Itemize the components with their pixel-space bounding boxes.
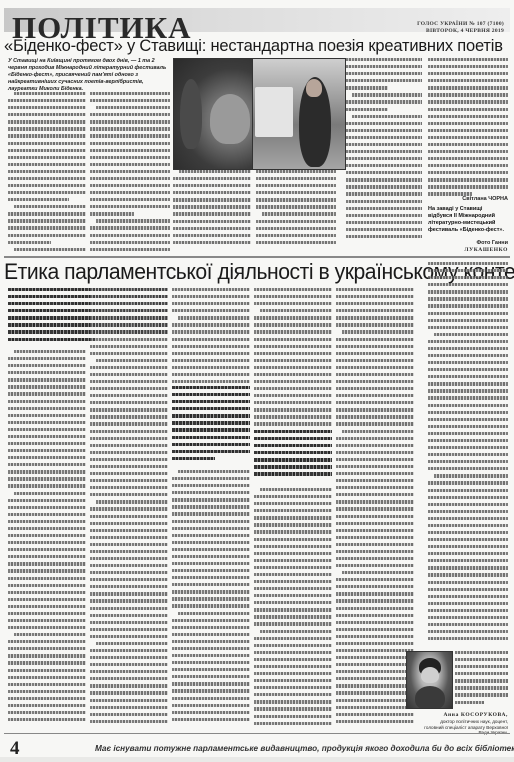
masthead: ПОЛІТИКА ГОЛОС УКРАЇНИ № 107 (7100) ВІВТ… xyxy=(4,8,510,32)
photo-poetry-reading xyxy=(173,58,257,170)
article2-author-name: Анна КОСОРУКОВА, xyxy=(420,712,508,719)
article1-author2: Світлана ЧОРНА xyxy=(428,196,508,203)
article2-column-6 xyxy=(428,262,508,648)
article2-column-4-cont xyxy=(254,488,332,730)
article2-column-4-bold xyxy=(254,430,332,485)
article1-column-3 xyxy=(173,170,251,252)
photo-credit: Фото Ганни ЛУКАШЕНКО xyxy=(428,240,508,254)
article2-column-5 xyxy=(336,288,414,730)
article2-column-3-cont xyxy=(172,470,250,730)
page-bottom-margin xyxy=(0,757,514,762)
footer-slogan: Має існувати потужне парламентське видав… xyxy=(95,744,514,753)
article2-column-3-bold xyxy=(172,386,250,466)
photo2-caption: На заваді у Ставищі відбувся II Міжнарод… xyxy=(428,206,508,234)
article2-author: Анна КОСОРУКОВА, доктор політичних наук,… xyxy=(420,712,508,736)
article1-column-5 xyxy=(346,58,422,254)
article2-column-2 xyxy=(90,288,168,730)
issue-date: ВІВТОРОК, 4 ЧЕРВНЯ 2019 xyxy=(417,28,504,35)
section-divider xyxy=(4,256,510,258)
newspaper-issue: ГОЛОС УКРАЇНИ № 107 (7100) xyxy=(417,21,504,28)
author-portrait xyxy=(406,651,453,709)
article2-column-6-tail xyxy=(455,651,508,713)
photo-credit-prefix: Фото Ганни xyxy=(428,240,508,247)
article1-column-6 xyxy=(428,58,508,206)
article1-headline: «Біденко-фест» у Ставищі: нестандартна п… xyxy=(4,36,510,56)
article1-column-2 xyxy=(90,92,170,252)
article1-column-4 xyxy=(256,170,336,252)
article1-column-1 xyxy=(8,92,86,252)
photo-credit-author: ЛУКАШЕНКО xyxy=(428,247,508,254)
newspaper-page: ПОЛІТИКА ГОЛОС УКРАЇНИ № 107 (7100) ВІВТ… xyxy=(0,0,514,762)
article1-lead: У Ставищі на Київщині протягом двох днів… xyxy=(8,58,168,93)
issue-info: ГОЛОС УКРАЇНИ № 107 (7100) ВІВТОРОК, 4 Ч… xyxy=(417,21,504,35)
photo-festival-speaker xyxy=(252,58,346,170)
article2-column-1 xyxy=(8,350,86,730)
footer-divider xyxy=(4,733,510,734)
